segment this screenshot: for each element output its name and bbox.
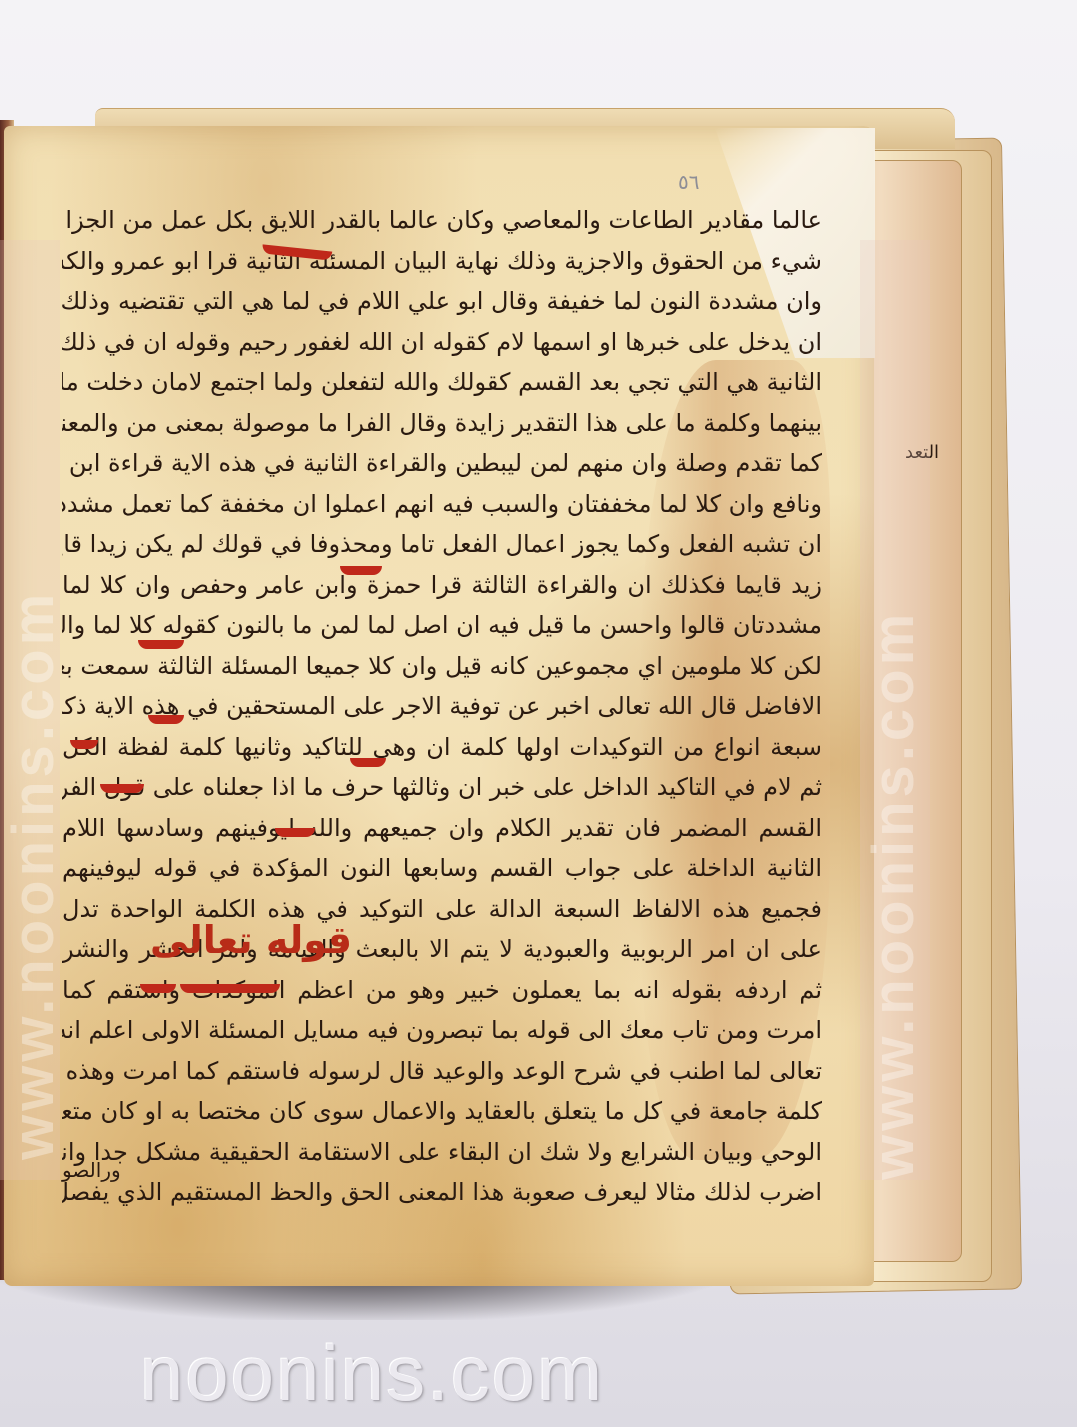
- text-line: بينهما وكلمة ما على هذا التقدير زايدة وق…: [62, 403, 822, 444]
- text-line: كما تقدم وصلة وان منهم لمن ليبطين والقرا…: [62, 443, 822, 484]
- text-line: الثانية هي التي تجي بعد القسم كقولك والل…: [62, 362, 822, 403]
- rubric-mark: [138, 640, 184, 649]
- text-line: ان يدخل على خبرها او اسمها لام كقوله ان …: [62, 322, 822, 363]
- text-line: امرت ومن تاب معك الى قوله بما تبصرون فيه…: [62, 1010, 822, 1051]
- rubric-mark: [180, 984, 280, 993]
- text-line: كلمة جامعة في كل ما يتعلق بالعقايد والاع…: [62, 1091, 822, 1132]
- text-line: شيء من الحقوق والاجزية وذلك نهاية البيان…: [62, 241, 822, 282]
- text-line: زيد قايما فكذلك ان والقراءة الثالثة قرا …: [62, 565, 822, 606]
- rubric-mark: [350, 758, 386, 767]
- text-line: لكن كلا ملومين اي مجموعين كانه قيل وان ك…: [62, 646, 822, 687]
- text-line: ان تشبه الفعل وكما يجوز اعمال الفعل تاما…: [62, 524, 822, 565]
- catchword: ورالصو: [62, 1158, 121, 1182]
- rubric-mark: [340, 566, 382, 575]
- text-line: ونافع وان كلا لما مخففتان والسبب فيه انه…: [62, 484, 822, 525]
- watermark-bottom: noonins.com: [140, 1328, 604, 1419]
- text-line: ثم اردفه بقوله انه بما يعملون خبير وهو م…: [62, 970, 822, 1011]
- manuscript-text: عالما مقادير الطاعات والمعاصي وكان عالما…: [62, 200, 822, 1213]
- watermark-vertical-right: www.noonins.com: [860, 610, 927, 1180]
- watermark-vertical-left: www.noonins.com: [0, 590, 67, 1160]
- text-line: الثانية الداخلة على جواب القسم وسابعها ا…: [62, 848, 822, 889]
- section-heading-rubric: قوله تعالى: [150, 918, 352, 962]
- rubric-mark: [148, 715, 184, 724]
- rubric-mark: [140, 984, 176, 993]
- text-line: وان مشددة النون لما خفيفة وقال ابو علي ا…: [62, 281, 822, 322]
- text-line: تعالى لما اطنب في شرح الوعد والوعيد قال …: [62, 1051, 822, 1092]
- text-line: عالما مقادير الطاعات والمعاصي وكان عالما…: [62, 200, 822, 241]
- rubric-mark: [100, 784, 144, 793]
- text-line: ثم لام في التاكيد الداخل على خبر ان وثال…: [62, 767, 822, 808]
- text-line: سبعة انواع من التوكيدات اولها كلمة ان وه…: [62, 727, 822, 768]
- rubric-mark: [275, 828, 315, 837]
- text-line: اضرب لذلك مثالا ليعرف صعوبة هذا المعنى ا…: [62, 1172, 822, 1213]
- text-line: الوحي وبيان الشرايع ولا شك ان البقاء على…: [62, 1132, 822, 1173]
- folio-number: ٥٦: [678, 170, 699, 194]
- text-line: القسم المضمر فان تقدير الكلام وان جميعهم…: [62, 808, 822, 849]
